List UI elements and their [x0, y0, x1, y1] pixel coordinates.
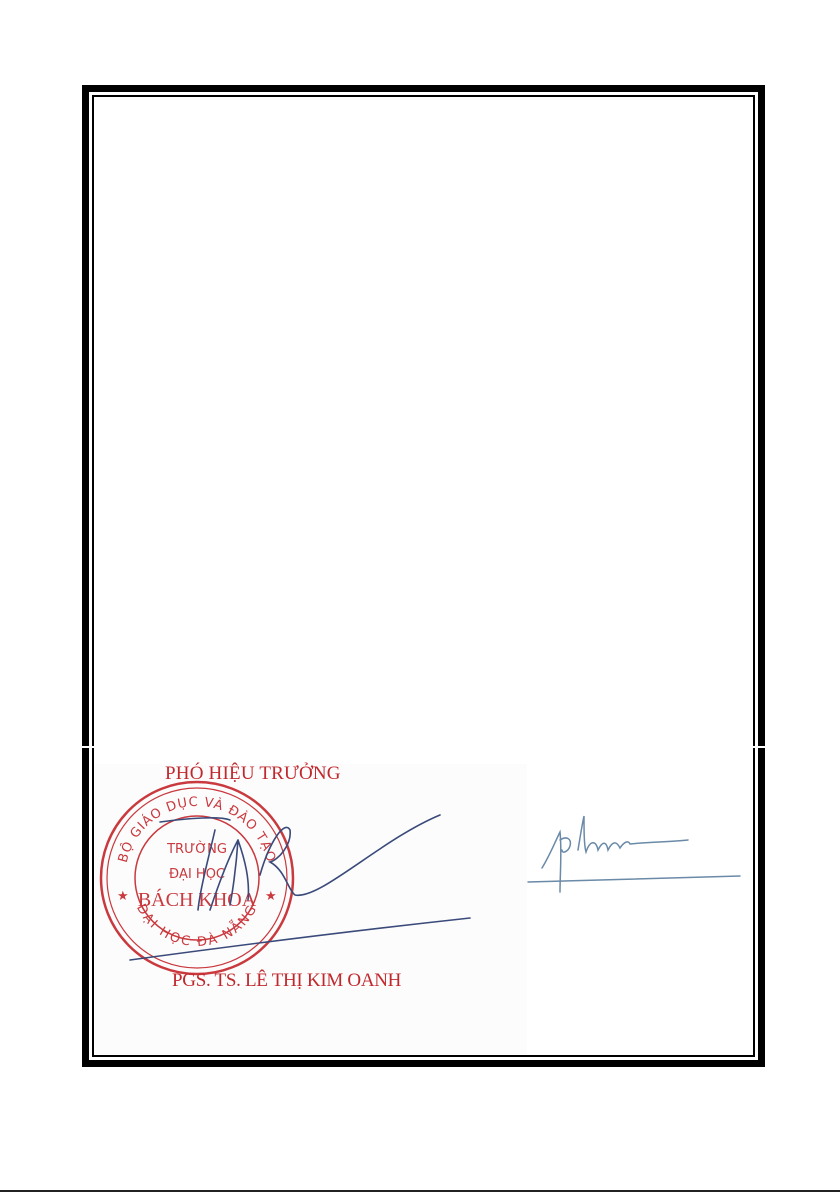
signer-name: PGS. TS. LÊ THỊ KIM OANH [172, 970, 401, 992]
border-gap-right [748, 746, 768, 748]
border-gap-left [80, 746, 100, 748]
initials-signature [520, 800, 750, 900]
handwritten-signature [120, 800, 490, 970]
position-title: PHÓ HIỆU TRƯỞNG [165, 763, 341, 785]
